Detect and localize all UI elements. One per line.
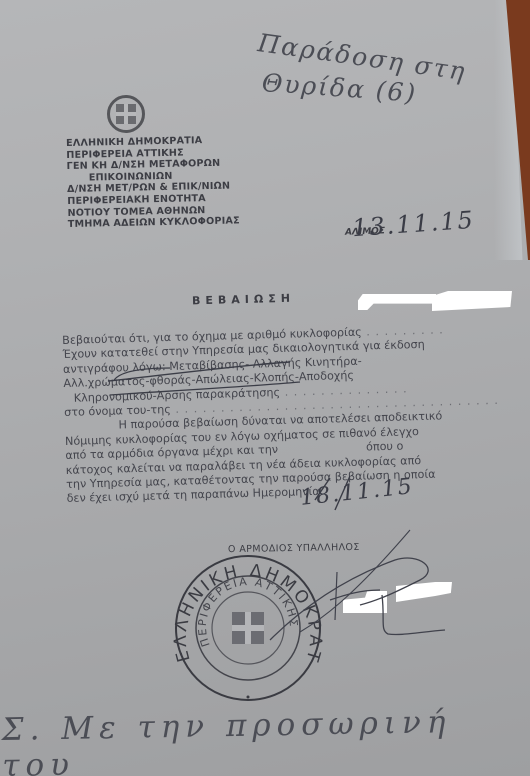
document-title: ΒΕΒΑΙΩΣΗ: [192, 292, 295, 308]
svg-text:ΕΛΛΗΝΙΚΗ ΔΗΜΟΚΡΑΤΙΑ: ΕΛΛΗΝΙΚΗ ΔΗΜΟΚΡΑΤΙΑ: [168, 540, 325, 666]
issuing-authority-header: ΕΛΛΗΝΙΚΗ ΔΗΜΟΚΡΑΤΙΑ ΠΕΡΙΦΕΡΕΙΑ ΑΤΤΙΚΗΣ Γ…: [66, 133, 298, 231]
handwritten-note-bottom: Σ. Με την προσωρινή του: [1, 703, 530, 776]
stamp-emblem-icon: [232, 612, 264, 644]
stamp-outer-text: ΕΛΛΗΝΙΚΗ ΔΗΜΟΚΡΑΤΙΑ: [168, 540, 325, 666]
greek-coat-of-arms-icon: [107, 95, 145, 133]
official-stamp: ΕΛΛΗΝΙΚΗ ΔΗΜΟΚΡΑΤΙΑ ΠΕΡΙΦΕΡΕΙΑ ΑΤΤΙΚΗΣ: [168, 540, 328, 705]
certificate-body: Βεβαιούται ότι, για το όχημα με αριθμό κ…: [62, 322, 507, 507]
